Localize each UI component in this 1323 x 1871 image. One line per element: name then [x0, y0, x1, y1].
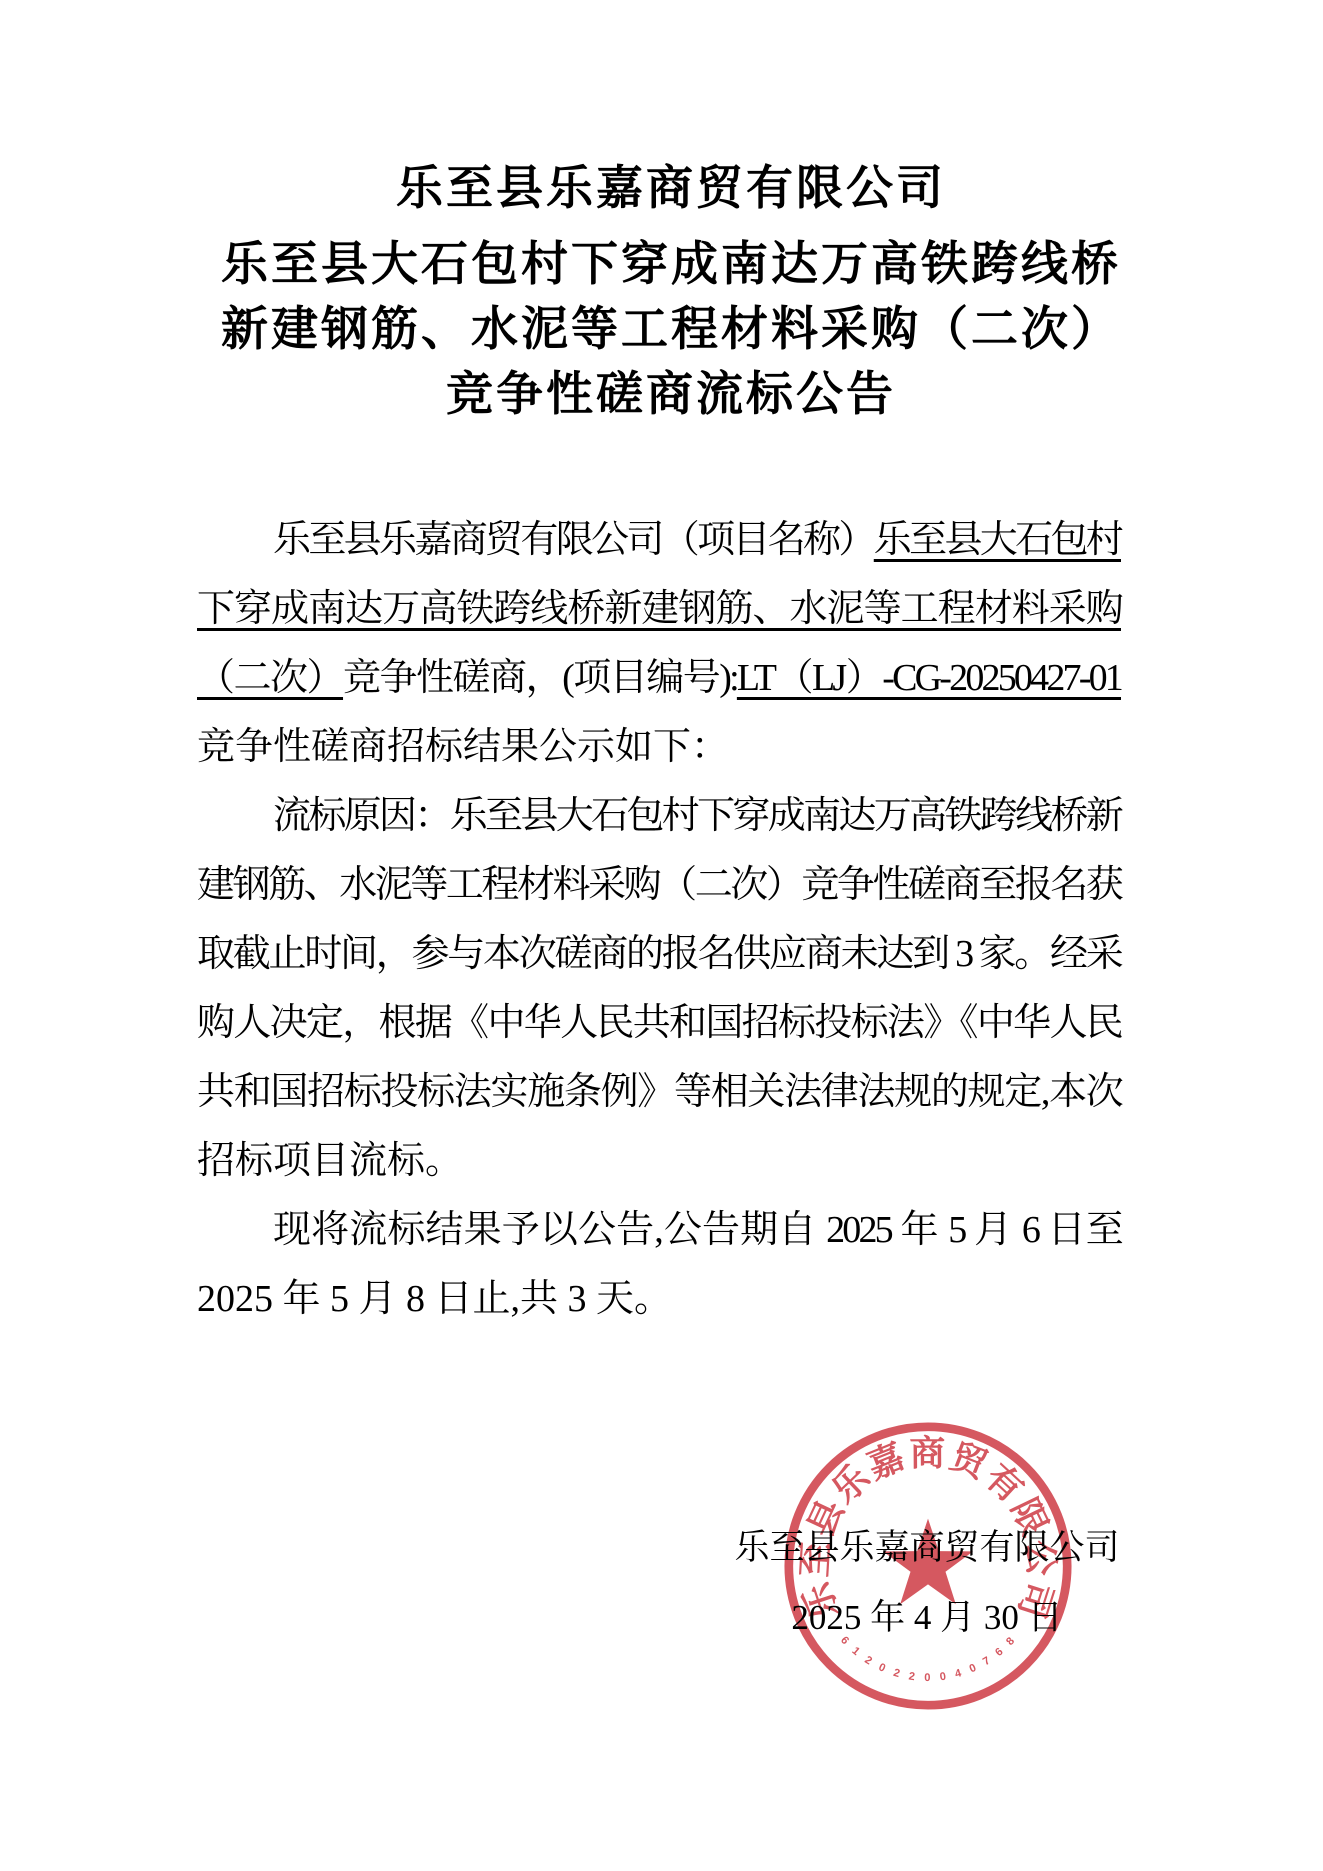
body-line: 2025 年 5 月 8 日止,共 3 天。 [197, 1265, 1121, 1334]
body-line: 取截止时间，参与本次磋商的报名供应商未达到 3 家。经采 [197, 920, 1121, 989]
doc-title: 乐至县乐嘉商贸有限公司 乐至县大石包村下穿成南达万高铁跨线桥 新建钢筋、水泥等工… [209, 156, 1133, 428]
underlined-run: LT（LJ）-CG-20250427-01 [737, 657, 1121, 699]
body-line: （二次）竞争性磋商，(项目编号):LT（LJ）-CG-20250427-01 [197, 644, 1121, 713]
paragraph-2: 流标原因：乐至县大石包村下穿成南达万高铁跨线桥新 建钢筋、水泥等工程材料采购（二… [197, 782, 1121, 1196]
text-run: 现将流标结果予以公告,公告期自 2025 年 5 月 6 日至 [273, 1209, 1121, 1251]
doc-title-line-1: 乐至县乐嘉商贸有限公司 [209, 156, 1133, 222]
doc-title-line-4: 竞争性磋商流标公告 [209, 363, 1133, 428]
text-run: 2025 年 5 月 8 日止,共 3 天。 [197, 1278, 672, 1320]
text-run: 共和国招标投标法实施条例》等相关法律法规的规定,本次 [197, 1071, 1121, 1113]
paragraph-1: 乐至县乐嘉商贸有限公司（项目名称）乐至县大石包村 下穿成南达万高铁跨线桥新建钢筋… [197, 506, 1121, 782]
signature-date: 2025 年 4 月 30 日 [733, 1583, 1121, 1653]
doc-title-line-3: 新建钢筋、水泥等工程材料采购（二次） [209, 298, 1133, 363]
body-line: 竞争性磋商招标结果公示如下： [197, 713, 1121, 782]
text-run: 取截止时间，参与本次磋商的报名供应商未达到 3 家。经采 [197, 933, 1121, 975]
text-run: 乐至县乐嘉商贸有限公司（项目名称） [273, 519, 874, 561]
body-line: 乐至县乐嘉商贸有限公司（项目名称）乐至县大石包村 [197, 506, 1121, 575]
paragraph-3: 现将流标结果予以公告,公告期自 2025 年 5 月 6 日至 2025 年 5… [197, 1196, 1121, 1334]
signature-block: 乐至县乐嘉商贸有限公司 2025 年 4 月 30 日 [733, 1513, 1121, 1653]
body-line: 购人决定，根据《中华人民共和国招标投标法》《中华人民 [197, 989, 1121, 1058]
body-line: 流标原因：乐至县大石包村下穿成南达万高铁跨线桥新 [197, 782, 1121, 851]
text-run: 竞争性磋商招标结果公示如下： [197, 726, 729, 768]
body-line: 现将流标结果予以公告,公告期自 2025 年 5 月 6 日至 [197, 1196, 1121, 1265]
body-line: 招标项目流标。 [197, 1127, 1121, 1196]
text-run: 招标项目流标。 [197, 1140, 463, 1182]
underlined-run: 乐至县大石包村 [874, 519, 1121, 561]
text-run: 流标原因：乐至县大石包村下穿成南达万高铁跨线桥新 [273, 795, 1121, 837]
underlined-run: 下穿成南达万高铁跨线桥新建钢筋、水泥等工程材料采购 [197, 588, 1121, 630]
signature-company-name: 乐至县乐嘉商贸有限公司 [733, 1513, 1121, 1583]
underlined-run: （二次） [197, 657, 343, 699]
text-run: 建钢筋、水泥等工程材料采购（二次）竞争性磋商至报名获 [197, 864, 1121, 906]
body-line: 共和国招标投标法实施条例》等相关法律法规的规定,本次 [197, 1058, 1121, 1127]
body-line: 下穿成南达万高铁跨线桥新建钢筋、水泥等工程材料采购 [197, 575, 1121, 644]
doc-title-line-2: 乐至县大石包村下穿成南达万高铁跨线桥 [209, 233, 1133, 298]
document-page: 乐至县乐嘉商贸有限公司 乐至县大石包村下穿成南达万高铁跨线桥 新建钢筋、水泥等工… [0, 0, 1323, 1871]
body-line: 建钢筋、水泥等工程材料采购（二次）竞争性磋商至报名获 [197, 851, 1121, 920]
text-run: 购人决定，根据《中华人民共和国招标投标法》《中华人民 [197, 1002, 1121, 1044]
text-run: 竞争性磋商，(项目编号): [343, 657, 737, 699]
doc-body: 乐至县乐嘉商贸有限公司（项目名称）乐至县大石包村 下穿成南达万高铁跨线桥新建钢筋… [197, 506, 1121, 1334]
